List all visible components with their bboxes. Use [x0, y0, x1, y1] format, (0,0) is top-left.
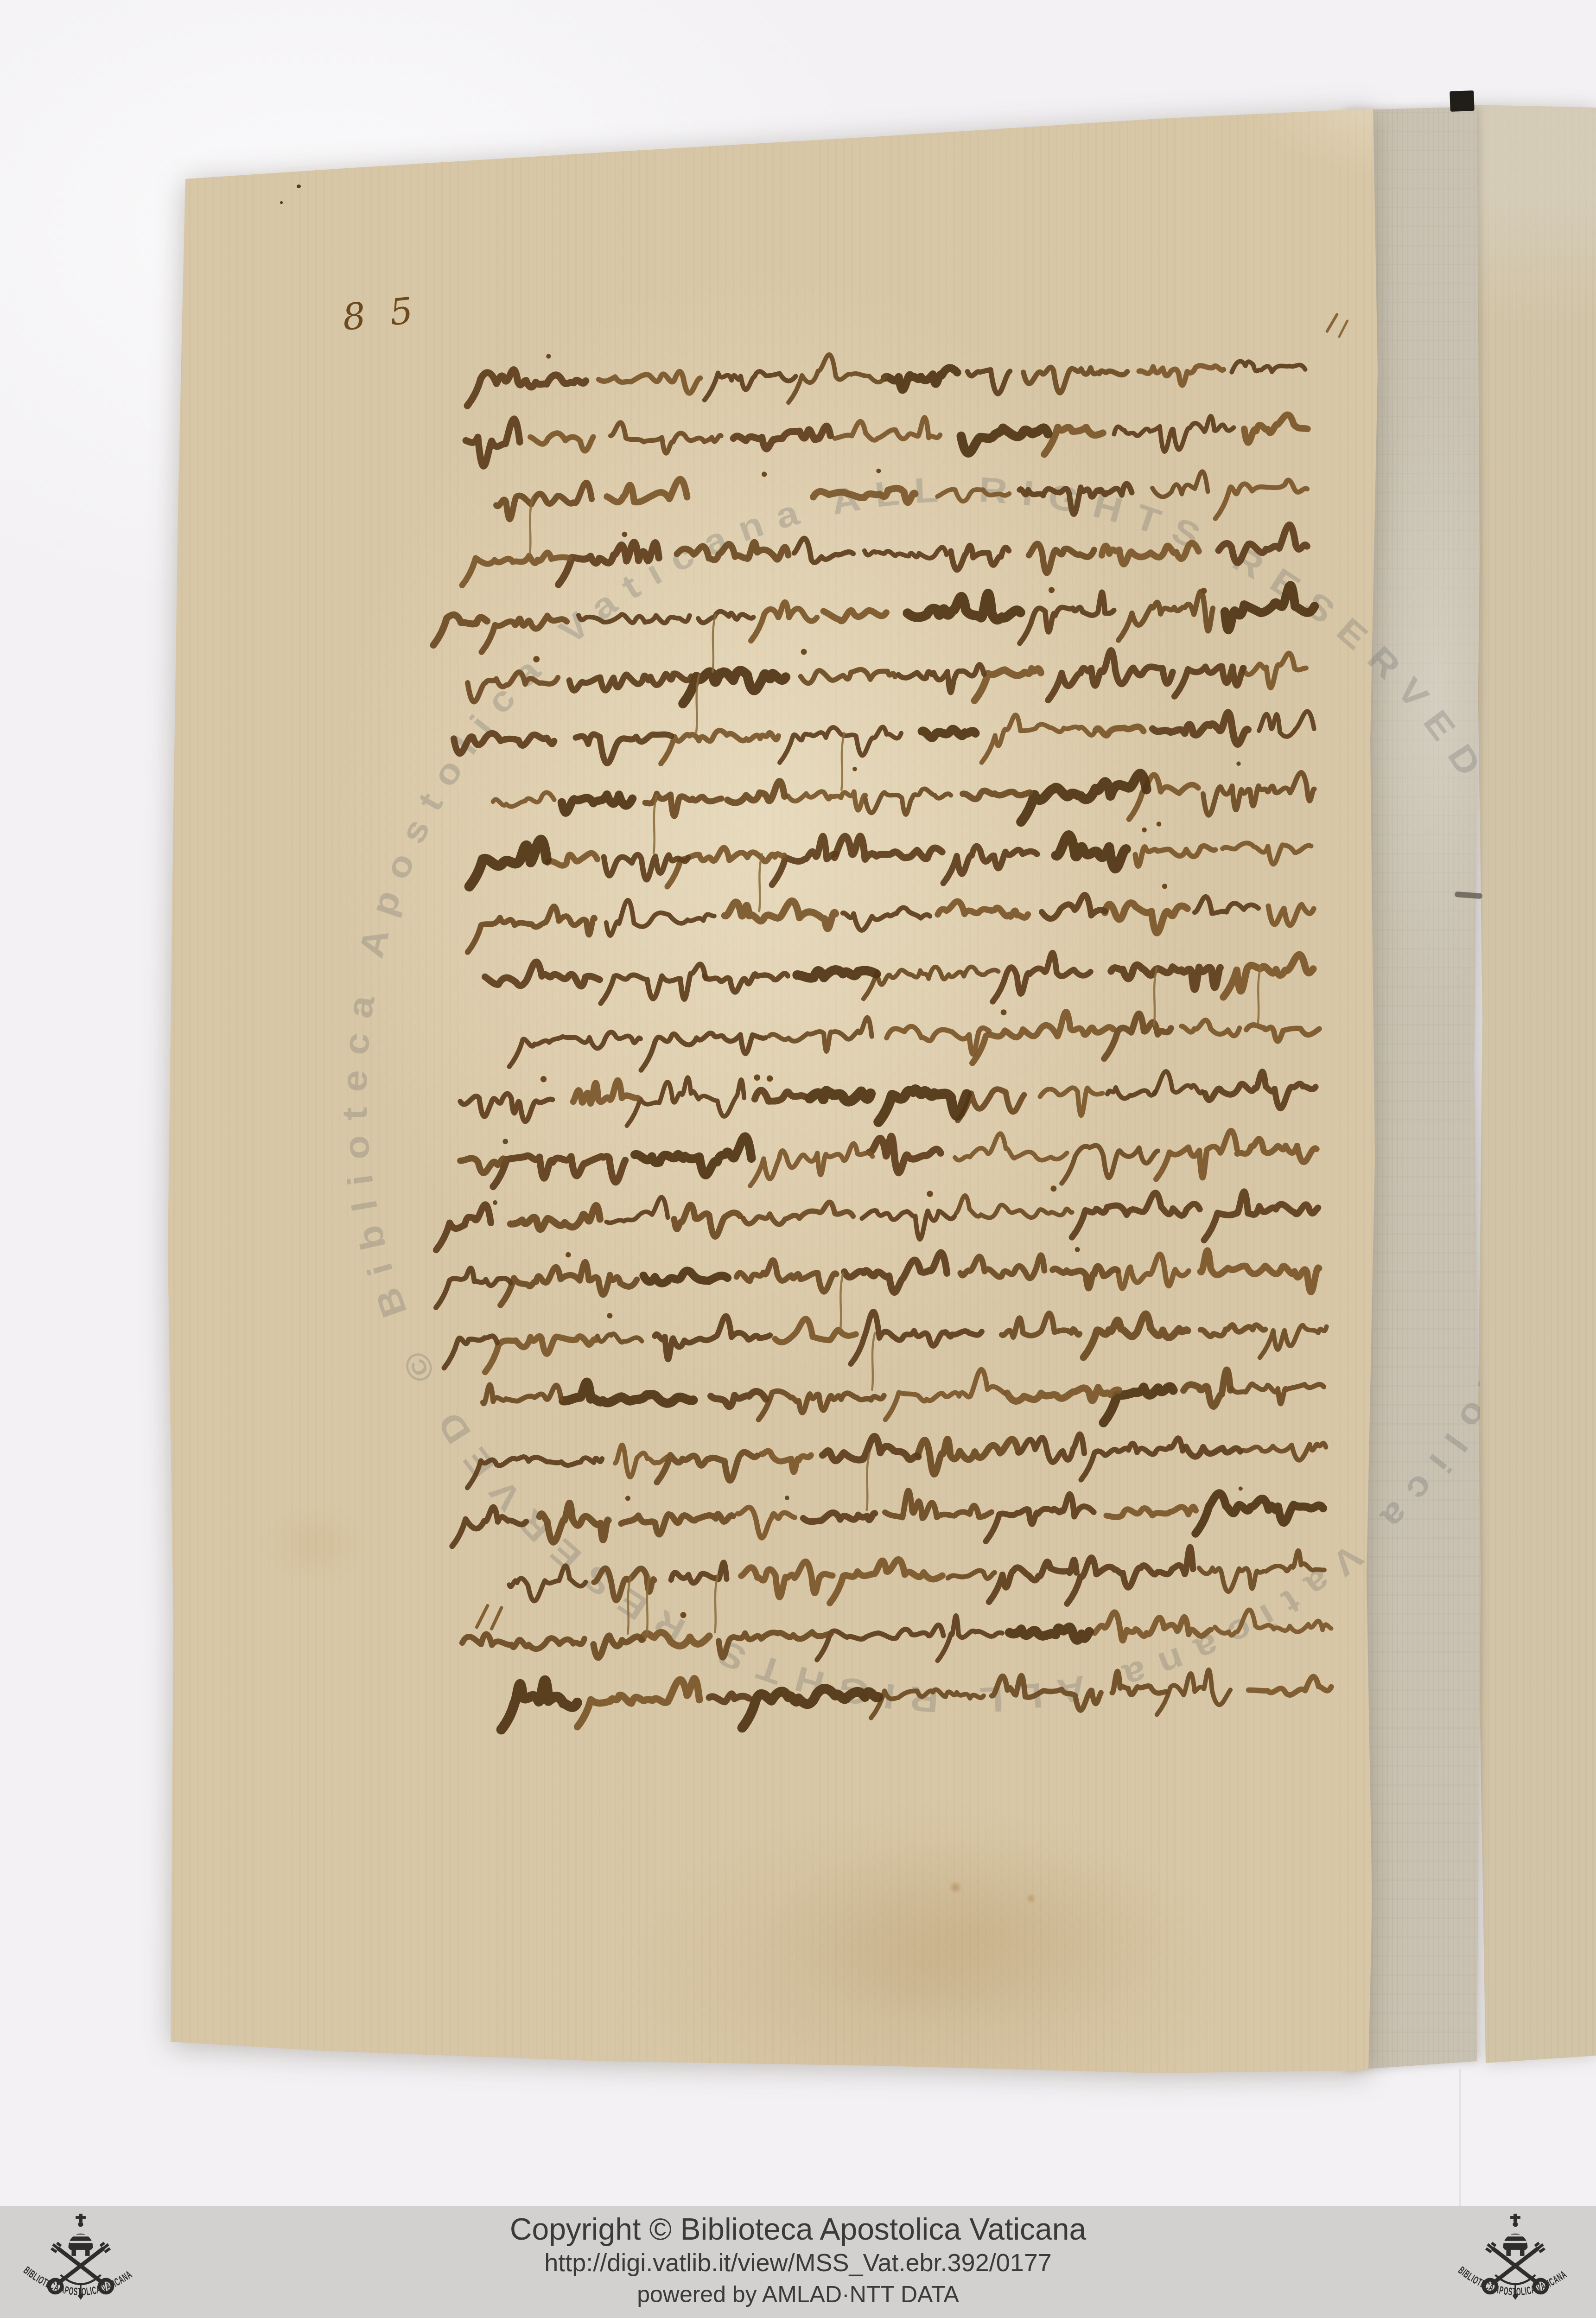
binding-notch [1450, 90, 1475, 112]
footer-bar: Copyright © Biblioteca Apostolica Vatica… [0, 2206, 1596, 2318]
vatican-emblem-icon: BIBLIOTECA APOSTOLICA VATICANA [20, 2210, 141, 2314]
vatican-logo-left: BIBLIOTECA APOSTOLICA VATICANA [20, 2210, 141, 2314]
watermark-layer: ALL RIGHTS RESERVED © Biblioteca Apostol… [0, 0, 1596, 2318]
powered-by-line: powered by AMLAD·NTT DATA [0, 2282, 1596, 2307]
scanned-manuscript-view: ALL RIGHTS RESERVED © Biblioteca Apostol… [0, 0, 1596, 2318]
svg-text:ALL RIGHTS RESERVED © Bibliote: ALL RIGHTS RESERVED © Biblioteca Apostol… [335, 470, 1585, 1720]
watermark-ring: ALL RIGHTS RESERVED © Biblioteca Apostol… [0, 0, 1596, 2318]
url-line: http://digi.vatlib.it/view/MSS_Vat.ebr.3… [0, 2249, 1596, 2277]
vatican-emblem-icon: BIBLIOTECA APOSTOLICA VATICANA [1455, 2210, 1576, 2314]
copyright-line: Copyright © Biblioteca Apostolica Vatica… [0, 2212, 1596, 2247]
vatican-logo-right: BIBLIOTECA APOSTOLICA VATICANA [1455, 2210, 1576, 2314]
